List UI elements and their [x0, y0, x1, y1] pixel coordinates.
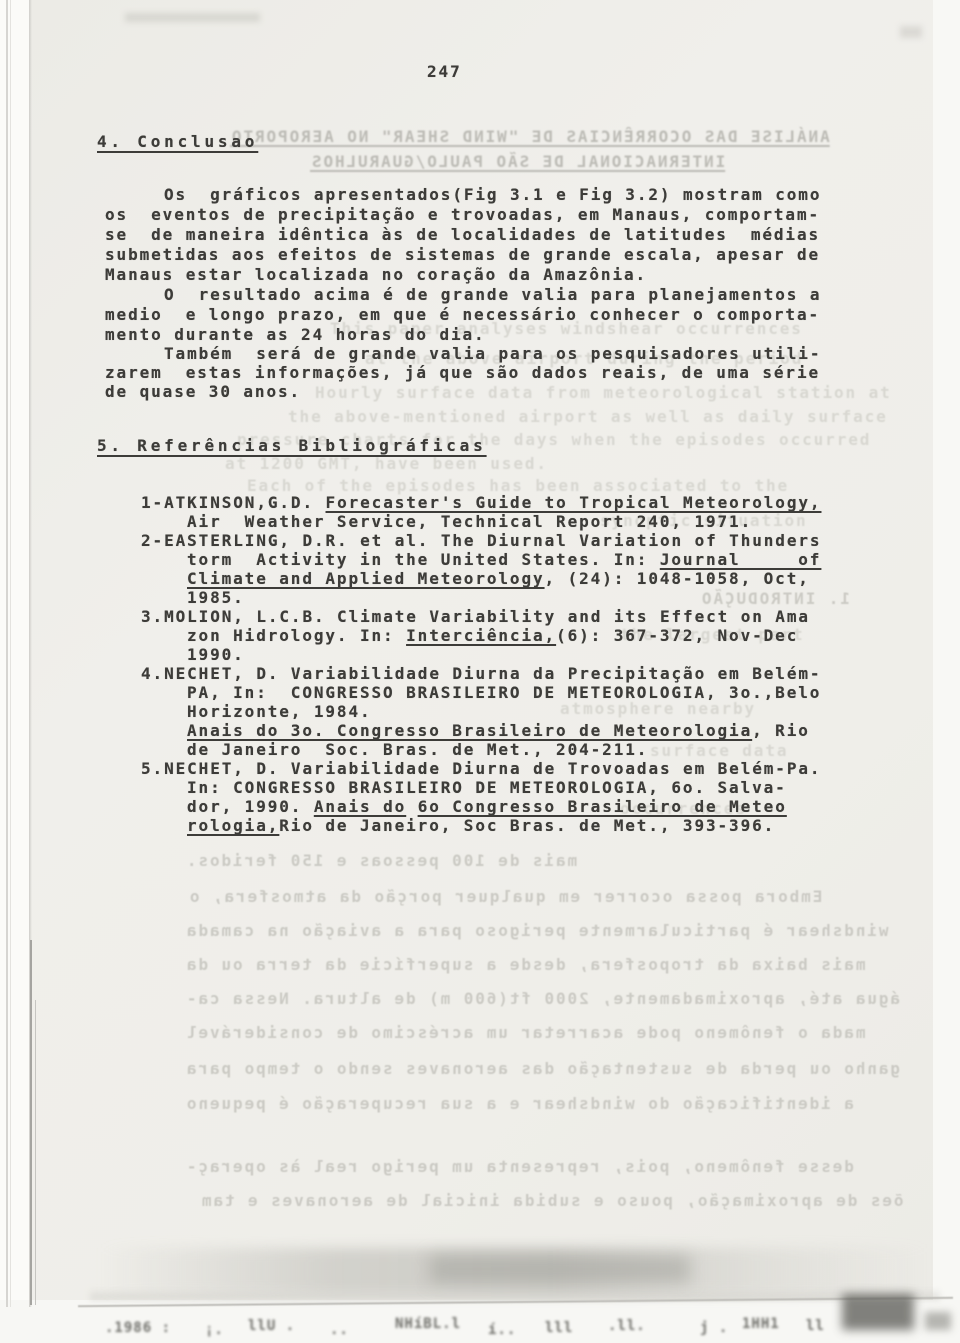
- text: , (24): 1048-1058, Oct,: [545, 569, 810, 588]
- paragraph-line: Manaus estar localizada no coração da Am…: [105, 266, 647, 284]
- text: (6): 367-372, Nov-Dec: [556, 626, 798, 645]
- reference-line: zon Hidrology. In: Interciência,(6): 367…: [187, 627, 798, 645]
- section-heading-conclusao: 4. Conclusao: [97, 133, 258, 151]
- text: mais baixa da troposfera, desde a superf…: [185, 955, 865, 974]
- text: Rio de Janeiro, Soc Bras. de Met., 393-3…: [279, 816, 775, 835]
- text: Também será de grande valia para os pesq…: [164, 344, 821, 363]
- underlined-text: Climate and Applied Meteorology: [187, 569, 545, 588]
- text: 1. INTRODUÇÃO: [700, 589, 850, 608]
- bottom-noise-mark: .ll.: [608, 1318, 646, 1334]
- text: 2-EASTERLING, D.R. et al. The Diurnal Va…: [141, 531, 821, 550]
- bleedthrough-mirrored-line: 1. INTRODUÇÃO: [700, 590, 850, 608]
- text: Os gráficos apresentados(Fig 3.1 e Fig 3…: [164, 185, 821, 204]
- reference-line: In: CONGRESSO BRASILEIRO DE METEOROLOGIA…: [187, 779, 787, 797]
- underlined-text: 6o Congresso Brasileiro de Meteo: [418, 797, 787, 816]
- bleedthrough-mirrored-line: windshear é particularmente perigoso par…: [185, 922, 889, 940]
- text: mais de 100 pessoas e 150 feridos.: [185, 851, 577, 870]
- text: j .: [700, 1320, 728, 1336]
- text: desse fenômeno, pois, representa um peri…: [185, 1157, 854, 1176]
- text: , Rio: [752, 721, 810, 740]
- text: 5.NECHET, D. Variabilidade Diurna de Tro…: [141, 759, 821, 778]
- page-left-edge-shadow: [30, 940, 32, 1305]
- reference-line: Anais do 3o. Congresso Brasileiro de Met…: [187, 722, 810, 740]
- bleedthrough-line: at 1200 GMT, have been used.: [225, 455, 548, 473]
- text: os eventos de precipitação e trovoadas, …: [105, 205, 820, 224]
- text: ll: [806, 1318, 825, 1334]
- reference-line: 2-EASTERLING, D.R. et al. The Diurnal Va…: [141, 532, 821, 550]
- reference-line: 1990.: [187, 646, 245, 664]
- text: Horizonte, 1984.: [187, 702, 372, 721]
- underlined-text: Interciência,: [406, 626, 556, 645]
- text: mento durante as 24 horas do dia.: [105, 325, 486, 344]
- paragraph-line: medio e longo prazo, em que é necessário…: [105, 306, 820, 324]
- reference-line: dor, 1990. Anais do 6o Congresso Brasile…: [187, 798, 787, 816]
- page-left-edge-shadow: [35, 1000, 36, 1305]
- text: 1990.: [187, 645, 245, 664]
- text: zarem estas informações, já que são dado…: [105, 363, 820, 382]
- scan-smudge: [125, 13, 260, 22]
- bottom-noise-mark: j .: [700, 1320, 728, 1336]
- text: Hourly surface data from meteorological …: [315, 383, 892, 402]
- text: Air Weather Service, Technical Report 24…: [187, 512, 752, 531]
- text: surface data: [650, 741, 788, 760]
- underlined-text: rologia,: [187, 816, 279, 835]
- scan-right-margin: [933, 0, 960, 1307]
- underlined-text: Anais do 3o. Congresso Brasileiro de Met…: [187, 721, 752, 740]
- text: zon Hidrology. In:: [187, 626, 406, 645]
- reference-line: Air Weather Service, Technical Report 24…: [187, 513, 752, 531]
- text: windshear é particularmente perigoso par…: [185, 921, 889, 940]
- binding-line: [10, 0, 11, 1307]
- paragraph-line: O resultado acima é de grande valia para…: [164, 286, 821, 304]
- bleedthrough-line: the above-mentioned airport as well as d…: [288, 408, 888, 426]
- reference-line: torm Activity in the United States. In: …: [187, 551, 821, 569]
- paragraph-line: se de maneira idêntica às de localidades…: [105, 226, 820, 244]
- bottom-noise-mark: ¡.: [205, 1322, 224, 1338]
- reference-line: rologia,Rio de Janeiro, Soc Bras. de Met…: [187, 817, 775, 835]
- text: água até, aproximadamente, 2000 ft(600 m…: [185, 989, 900, 1008]
- bleedthrough-mirrored-line: a identificação do windshear e a sua rec…: [185, 1095, 854, 1113]
- text: 1985.: [187, 588, 245, 607]
- bleedthrough-title-line: INTERNACIONAL DE SÃO PAULO/GUARULHOS: [310, 153, 725, 171]
- text: [406, 797, 418, 816]
- bleedthrough-mirrored-line: mais baixa da troposfera, desde a superf…: [185, 956, 865, 974]
- text: ¡.: [205, 1322, 224, 1338]
- text: de quase 30 anos.: [105, 382, 301, 401]
- bottom-noise-mark: .1986 :: [105, 1320, 171, 1336]
- text: í..: [488, 1322, 516, 1338]
- bottom-noise-mark: ..: [330, 1322, 349, 1338]
- reference-line: de Janeiro Soc. Bras. de Met., 204-211.: [187, 741, 648, 759]
- text: lll: [545, 1320, 573, 1336]
- bleedthrough-mirrored-line: ões de aproximação, pouso e subida inici…: [200, 1192, 904, 1210]
- bleedthrough-mirrored-line: mada o fenômeno pode acarretar um acrésc…: [185, 1024, 865, 1042]
- paragraph-line: submetidas aos efeitos de sistemas de gr…: [105, 246, 820, 264]
- text: NHíBL.l: [395, 1316, 461, 1332]
- paragraph-line: zarem estas informações, já que são dado…: [105, 364, 820, 382]
- page-number: 247: [427, 63, 462, 81]
- bleedthrough-mirrored-line: Embora possa ocorrer em qualquer porção …: [188, 888, 822, 906]
- text: O resultado acima é de grande valia para…: [164, 285, 821, 304]
- reference-line: Climate and Applied Meteorology, (24): 1…: [187, 570, 810, 588]
- section-heading-referencias: 5. Referências Bibliográficas: [97, 437, 487, 455]
- text: PA, In: CONGRESSO BRASILEIRO DE METEOROL…: [187, 683, 821, 702]
- text: ANÁLISE DAS OCORRÊNCIAS DE "WIND SHEAR" …: [230, 127, 830, 146]
- text: medio e longo prazo, em que é necessário…: [105, 305, 820, 324]
- text: a identificação do windshear e a sua rec…: [185, 1094, 854, 1113]
- bleedthrough-line: surface data: [650, 742, 788, 760]
- bleedthrough-mirrored-line: ganho ou perda de sustentação das aerona…: [185, 1060, 900, 1078]
- text: de Janeiro Soc. Bras. de Met., 204-211.: [187, 740, 648, 759]
- text: at 1200 GMT, have been used.: [225, 454, 548, 473]
- text: 1-ATKINSON,G.D.: [141, 493, 326, 512]
- bleedthrough-line: atmosphere nearby: [560, 700, 756, 718]
- paragraph-line: Também será de grande valia para os pesq…: [164, 345, 821, 363]
- text: .ll.: [608, 1318, 646, 1334]
- reference-line: 1985.: [187, 589, 245, 607]
- text: Manaus estar localizada no coração da Am…: [105, 265, 647, 284]
- paragraph-line: de quase 30 anos.: [105, 383, 301, 401]
- text: .1986 :: [105, 1320, 171, 1336]
- text: se de maneira idêntica às de localidades…: [105, 225, 820, 244]
- bottom-noise-mark: lll: [545, 1320, 573, 1336]
- bottom-noise-mark: í..: [488, 1322, 516, 1338]
- text: In: CONGRESSO BRASILEIRO DE METEOROLOGIA…: [187, 778, 787, 797]
- paragraph-line: mento durante as 24 horas do dia.: [105, 326, 486, 344]
- text: 4.NECHET, D. Variabilidade Diurna da Pre…: [141, 664, 821, 683]
- bottom-noise-mark: 1HH1: [742, 1316, 780, 1332]
- bleedthrough-title-line: ANÁLISE DAS OCORRÊNCIAS DE "WIND SHEAR" …: [230, 128, 830, 146]
- text: ões de aproximação, pouso e subida inici…: [200, 1191, 904, 1210]
- reference-line: Horizonte, 1984.: [187, 703, 372, 721]
- text: Embora possa ocorrer em qualquer porção …: [188, 887, 822, 906]
- paragraph-line: Os gráficos apresentados(Fig 3.1 e Fig 3…: [164, 186, 821, 204]
- bleedthrough-mirrored-line: mais de 100 pessoas e 150 feridos.: [185, 852, 577, 870]
- text: ganho ou perda de sustentação das aerona…: [185, 1059, 900, 1078]
- binding-line: [6, 0, 8, 1307]
- text: submetidas aos efeitos de sistemas de gr…: [105, 245, 820, 264]
- bottom-noise-mark: llU .: [248, 1318, 295, 1334]
- bottom-smudge-dark: [430, 1255, 690, 1283]
- reference-line: 4.NECHET, D. Variabilidade Diurna da Pre…: [141, 665, 821, 683]
- text: dor, 1990.: [187, 797, 314, 816]
- reference-line: 3.MOLION, L.C.B. Climate Variability and…: [141, 608, 810, 626]
- text: ..: [330, 1322, 349, 1338]
- paragraph-line: os eventos de precipitação e trovoadas, …: [105, 206, 820, 224]
- ink-blob: [925, 1312, 951, 1330]
- underlined-text: Forecaster's Guide to Tropical Meteorolo…: [326, 493, 822, 512]
- text: mada o fenômeno pode acarretar um acrésc…: [185, 1023, 865, 1042]
- bleedthrough-line: Hourly surface data from meteorological …: [315, 384, 892, 402]
- text: llU .: [248, 1318, 295, 1334]
- bleedthrough-mirrored-line: água até, aproximadamente, 2000 ft(600 m…: [185, 990, 900, 1008]
- reference-line: PA, In: CONGRESSO BRASILEIRO DE METEOROL…: [187, 684, 821, 702]
- reference-line: 5.NECHET, D. Variabilidade Diurna de Tro…: [141, 760, 821, 778]
- bottom-noise-mark: ll: [806, 1318, 825, 1334]
- scanned-document-page: { "page_number": "247", "headings": { "c…: [0, 0, 960, 1343]
- text: 1HH1: [742, 1316, 780, 1332]
- text: torm Activity in the United States. In:: [187, 550, 660, 569]
- text: INTERNACIONAL DE SÃO PAULO/GUARULHOS: [310, 152, 725, 171]
- scan-smudge: [900, 26, 922, 38]
- ink-blob: [842, 1294, 914, 1330]
- text: the above-mentioned airport as well as d…: [288, 407, 888, 426]
- reference-line: 1-ATKINSON,G.D. Forecaster's Guide to Tr…: [141, 494, 821, 512]
- text: 3.MOLION, L.C.B. Climate Variability and…: [141, 607, 810, 626]
- bleedthrough-mirrored-line: desse fenômeno, pois, representa um peri…: [185, 1158, 854, 1176]
- bottom-noise-mark: NHíBL.l: [395, 1316, 461, 1332]
- underlined-text: Journal of: [660, 550, 821, 569]
- underlined-text: Anais do: [314, 797, 406, 816]
